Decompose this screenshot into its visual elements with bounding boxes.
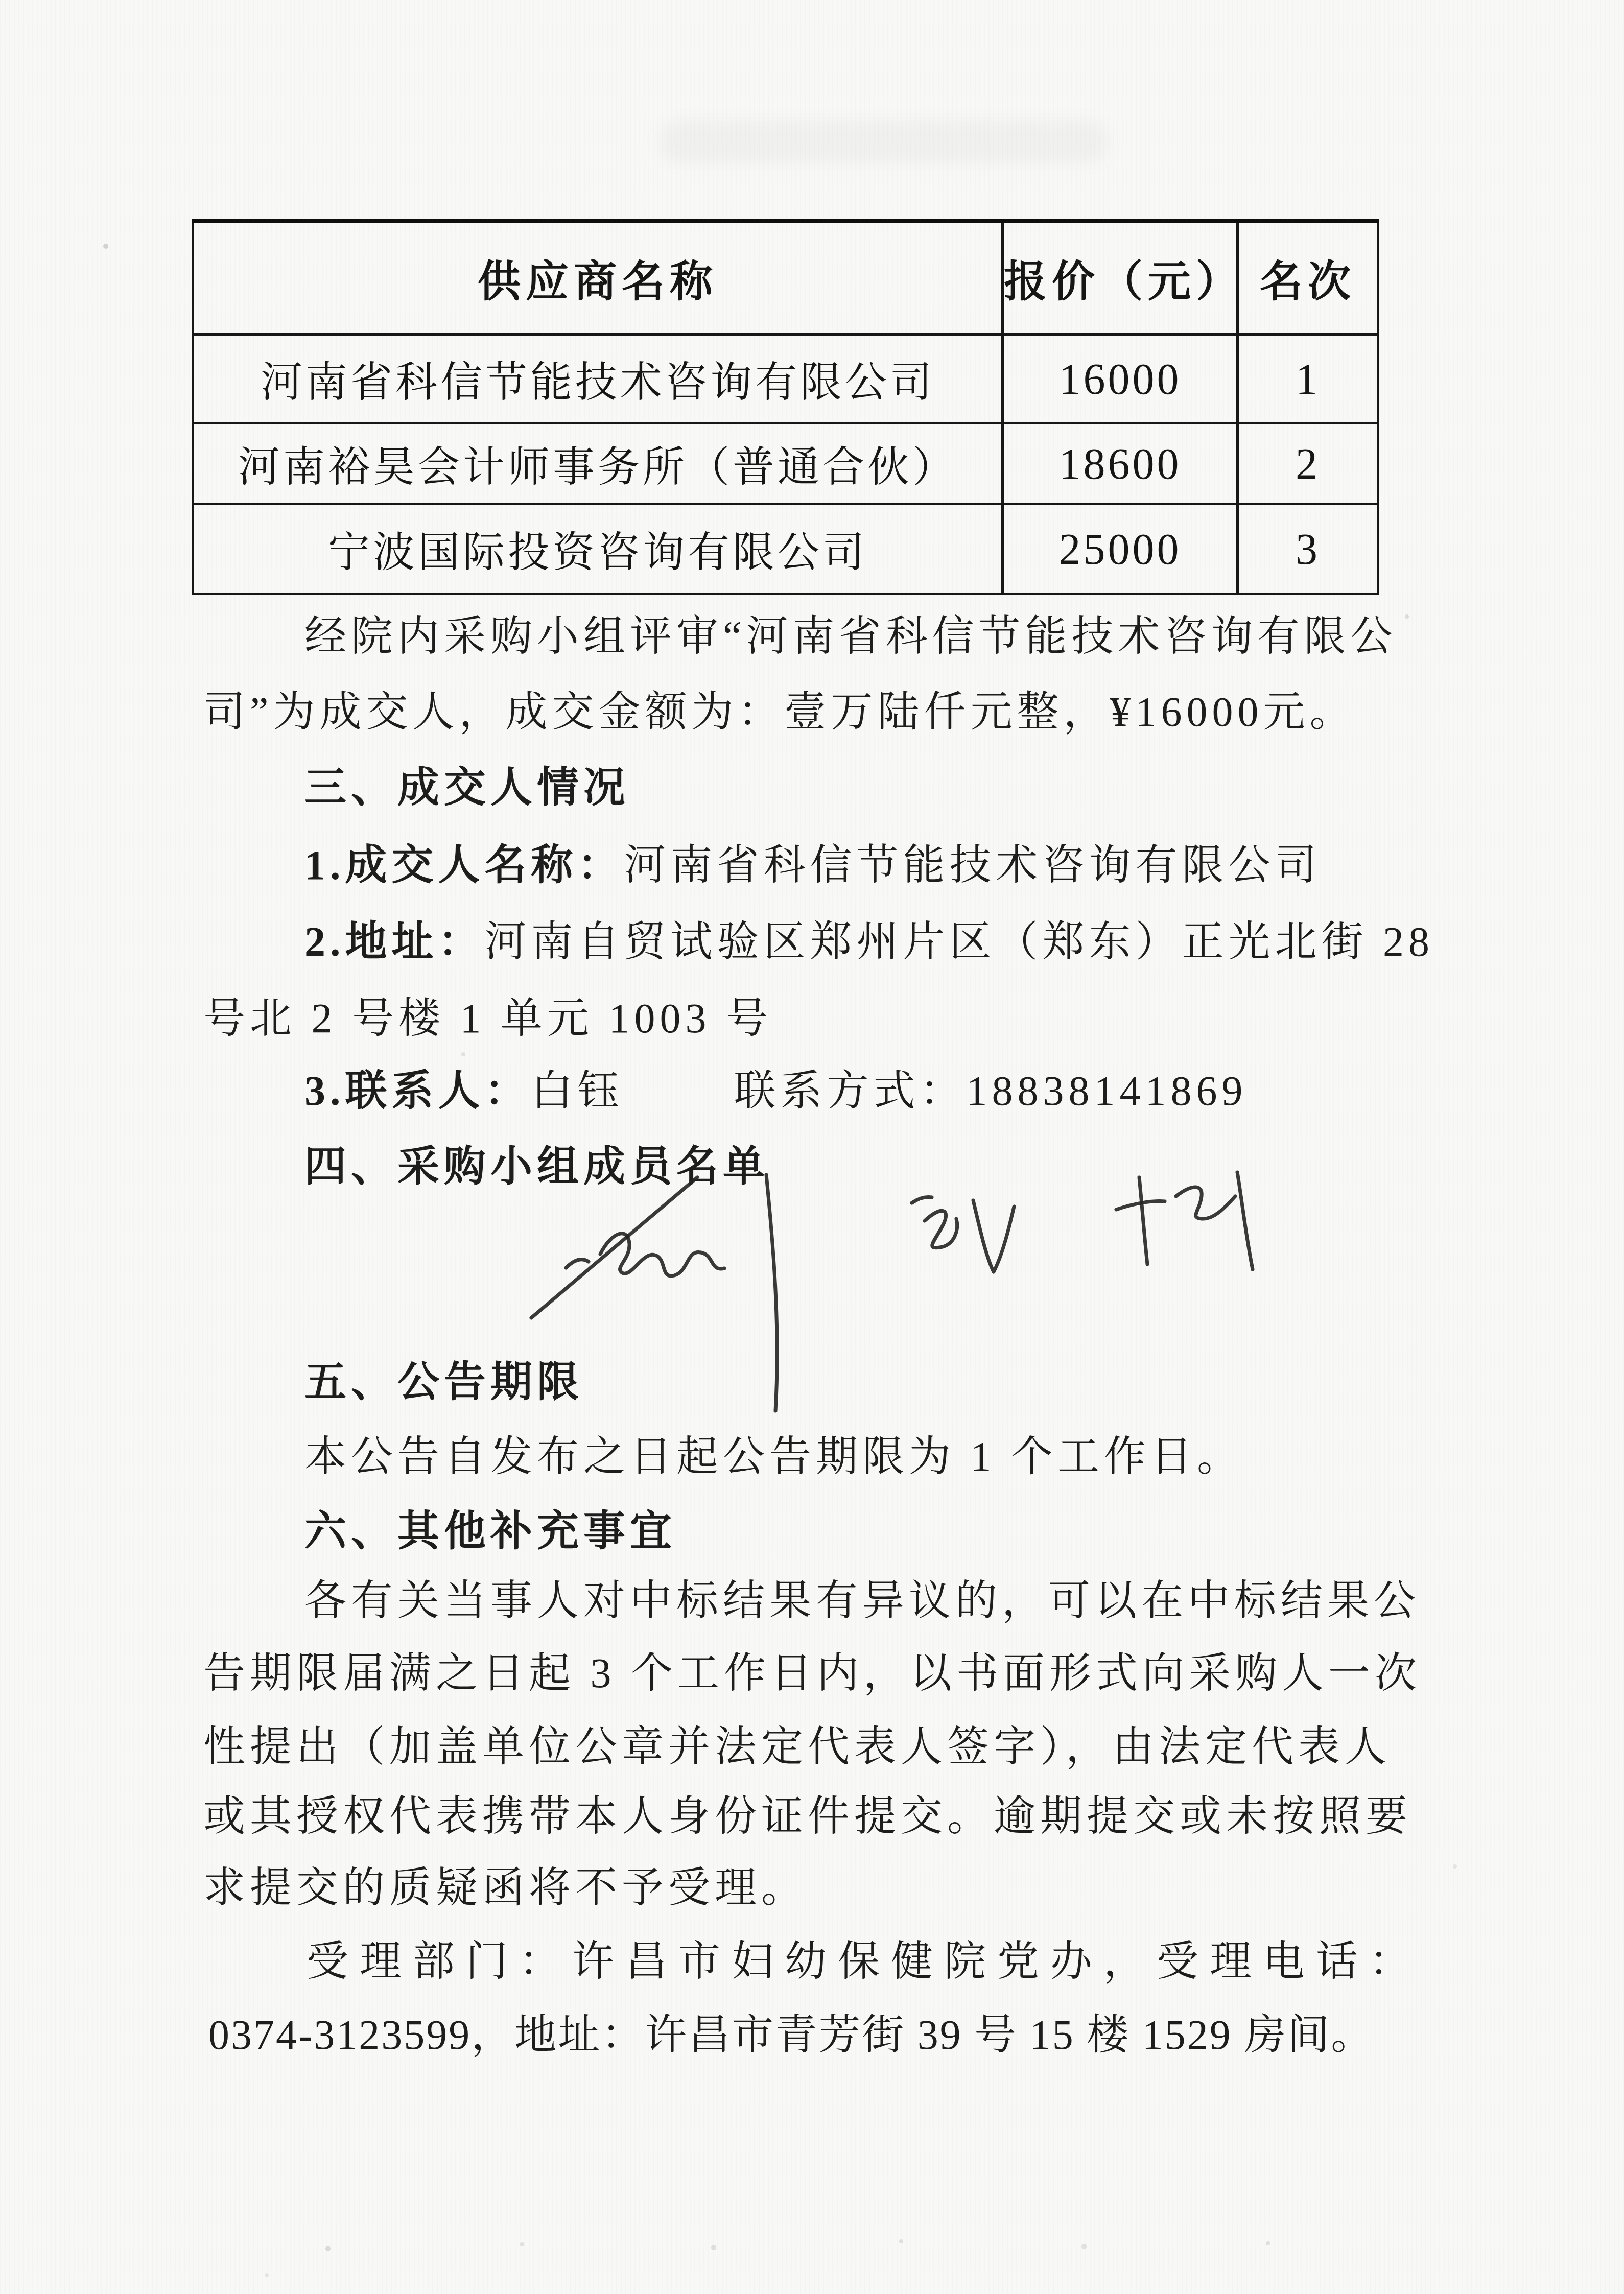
table-header-row: 供应商名称 报价（元） 名次	[193, 221, 1378, 335]
section6-line5: 求提交的质疑函将不予受理。	[203, 1863, 808, 1913]
price-cell: 25000	[1003, 504, 1238, 594]
signature-stroke	[1176, 1187, 1235, 1219]
scan-ghosting-artifact	[659, 120, 1109, 163]
contact-person-line: 3.联系人：白钰联系方式：18838141869	[304, 1067, 1248, 1116]
section6-line4: 或其授权代表携带本人身份证件提交。逾期提交或未按照要	[203, 1792, 1412, 1841]
scanned-document-page: 供应商名称 报价（元） 名次 河南省科信节能技术咨询有限公司 16000 1 河…	[0, 0, 1624, 2294]
rank-cell: 1	[1238, 335, 1378, 423]
table-row: 宁波国际投资咨询有限公司 25000 3	[193, 504, 1378, 594]
table-header-supplier: 供应商名称	[193, 221, 1003, 335]
awardee-name-line: 1.成交人名称：河南省科信节能技术咨询有限公司	[304, 841, 1322, 890]
contact-person-value: 白钰	[531, 1068, 624, 1114]
contact-person-label: 3.联系人：	[304, 1068, 531, 1114]
contact-phone-value: 18838141869	[967, 1068, 1248, 1114]
complaint-dept-line: 受理部门：许昌市妇幼保健院党办，受理电话：	[307, 1937, 1422, 1986]
signature-stroke	[766, 1175, 777, 1411]
section6-line3: 性提出（加盖单位公章并法定代表人签字），由法定代表人	[203, 1722, 1391, 1772]
signature-stroke	[973, 1200, 1014, 1272]
awardee-address-line2: 号北 2 号楼 1 单元 1003 号	[203, 994, 772, 1044]
awardee-address-label: 2.地址：	[304, 918, 485, 965]
table-row: 河南裕昊会计师事务所（普通合伙） 18600 2	[193, 423, 1378, 504]
awardee-address-value: 河南自贸试验区郑州片区（郑东）正光北街 28	[485, 918, 1434, 965]
section6-line1: 各有关当事人对中标结果有异议的，可以在中标结果公	[304, 1576, 1420, 1626]
section6-heading: 六、其他补充事宜	[304, 1507, 676, 1556]
handwritten-signatures	[480, 1149, 1349, 1435]
supplier-name-cell: 河南裕昊会计师事务所（普通合伙）	[193, 423, 1003, 504]
signature-stroke	[566, 1260, 589, 1268]
awardee-address-line1: 2.地址：河南自贸试验区郑州片区（郑东）正光北街 28	[304, 917, 1434, 967]
signature-stroke	[1237, 1172, 1253, 1269]
rank-cell: 2	[1238, 423, 1378, 504]
price-cell: 16000	[1003, 335, 1238, 423]
signature-stroke	[1139, 1177, 1147, 1264]
signature-stroke	[912, 1197, 932, 1203]
scan-noise-specks	[0, 0, 2, 2]
complaint-contact-line: 0374-3123599，地址：许昌市青芳街 39 号 15 楼 1529 房间…	[208, 2011, 1374, 2060]
table-header-rank: 名次	[1238, 221, 1378, 335]
signature-stroke	[600, 1234, 724, 1276]
contact-method-label: 联系方式：	[734, 1068, 967, 1114]
bid-results-table: 供应商名称 报价（元） 名次 河南省科信节能技术咨询有限公司 16000 1 河…	[192, 219, 1379, 595]
section5-body: 本公告自发布之日起公告期限为 1 个工作日。	[304, 1432, 1243, 1482]
awardee-name-value: 河南省科信节能技术咨询有限公司	[624, 842, 1322, 888]
rank-cell: 3	[1238, 504, 1378, 594]
signature-stroke	[531, 1177, 697, 1318]
section3-heading: 三、成交人情况	[304, 763, 630, 813]
supplier-name-cell: 宁波国际投资咨询有限公司	[193, 504, 1003, 594]
award-paragraph-line2: 司”为成交人，成交金额为：壹万陆仟元整，¥16000元。	[203, 688, 1356, 737]
table-row: 河南省科信节能技术咨询有限公司 16000 1	[193, 335, 1378, 423]
awardee-name-label: 1.成交人名称：	[304, 842, 624, 888]
section5-heading: 五、公告期限	[304, 1358, 583, 1407]
supplier-name-cell: 河南省科信节能技术咨询有限公司	[193, 335, 1003, 423]
section6-line2: 告期限届满之日起 3 个工作日内，以书面形式向采购人一次	[203, 1649, 1421, 1698]
award-paragraph-line1: 经院内采购小组评审“河南省科信节能技术咨询有限公	[304, 612, 1397, 661]
signature-stroke	[925, 1211, 957, 1247]
table-header-price: 报价（元）	[1003, 221, 1238, 335]
price-cell: 18600	[1003, 423, 1238, 504]
